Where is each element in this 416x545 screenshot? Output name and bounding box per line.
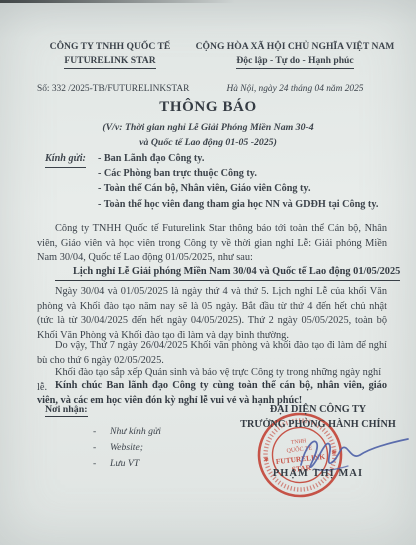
national-motto: Độc lập - Tự do - Hạnh phúc (236, 54, 353, 70)
national-title: CỘNG HÒA XÃ HỘI CHỦ NGHĨA VIỆT NAM (194, 40, 396, 54)
recipient-item: - Ban Lãnh đạo Công ty. (98, 151, 378, 166)
signature-block-titles: ĐẠI DIỆN CÔNG TY TRƯỞNG PHÒNG HÀNH CHÍNH (226, 402, 410, 432)
recipients-label: Kính gửi: (45, 151, 86, 168)
dash: - (93, 440, 110, 456)
distribution-item: - Lưu VT (93, 456, 161, 472)
scan-edge-artifact (0, 0, 235, 3)
company-header: CÔNG TY TNHH QUỐC TẾ FUTURELINK STAR (30, 40, 190, 69)
signer-title: TRƯỞNG PHÒNG HÀNH CHÍNH (226, 417, 410, 432)
recipient-item: - Toàn thể học viên đang tham gia học NN… (98, 197, 378, 212)
body-intro-paragraph: Công ty TNHH Quốc tế Futurelink Star thô… (37, 222, 387, 266)
national-header: CỘNG HÒA XÃ HỘI CHỦ NGHĨA VIỆT NAM Độc l… (194, 40, 396, 69)
signer-title: ĐẠI DIỆN CÔNG TY (226, 402, 410, 417)
schedule-heading: Lịch nghỉ Lễ Giải phóng Miền Nam 30/04 v… (37, 265, 387, 281)
dash: - (93, 424, 110, 440)
company-brand: FUTURELINK STAR (64, 54, 155, 70)
body-makeup-day-paragraph: Do vậy, Thứ 7 ngày 26/04/2025 Khối văn p… (37, 339, 387, 368)
distribution-item: - Website; (93, 440, 161, 456)
document-header: CÔNG TY TNHH QUỐC TẾ FUTURELINK STAR CỘN… (30, 40, 396, 69)
footer-distribution: Nơi nhận: - Như kính gửi - Website; - Lư… (45, 404, 161, 471)
recipients-list: - Ban Lãnh đạo Công ty. - Các Phòng ban … (98, 151, 378, 212)
body-schedule-paragraph: Ngày 30/04 và 01/05/2025 là ngày thứ 4 v… (37, 285, 387, 343)
distribution-item: - Như kính gửi (93, 424, 161, 440)
distribution-list: - Như kính gửi - Website; - Lưu VT (93, 424, 161, 471)
scanned-document-page: CÔNG TY TNHH QUỐC TẾ FUTURELINK STAR CỘN… (0, 0, 416, 545)
stamp-star-icon: ✱ (263, 456, 269, 463)
recipients-block: Kính gửi: - Ban Lãnh đạo Công ty. - Các … (45, 151, 378, 212)
doc-subject: (V/v: Thời gian nghỉ Lễ Giải Phóng Miền … (0, 121, 416, 150)
doc-subject-line2: và Quốc tế Lao động 01-05 -2025) (0, 136, 416, 151)
recipient-item: - Các Phòng ban trực thuộc Công ty. (98, 166, 378, 181)
place-date: Hà Nội, ngày 24 tháng 04 năm 2025 (194, 84, 396, 94)
recipient-item: - Toàn thể Cán bộ, Nhân viên, Giáo viên … (98, 181, 378, 196)
doc-subject-line1: (V/v: Thời gian nghỉ Lễ Giải Phóng Miền … (0, 121, 416, 136)
company-name: CÔNG TY TNHH QUỐC TẾ (30, 40, 190, 54)
signer-name: PHẠM THỊ MAI (226, 468, 410, 479)
dash: - (93, 456, 110, 472)
doc-number: Số: 332 /2025-TB/FUTURELINKSTAR (37, 84, 189, 94)
reference-row: Số: 332 /2025-TB/FUTURELINKSTAR Hà Nội, … (37, 84, 396, 94)
distribution-label: Nơi nhận: (45, 404, 88, 417)
doc-title: THÔNG BÁO (0, 99, 416, 116)
